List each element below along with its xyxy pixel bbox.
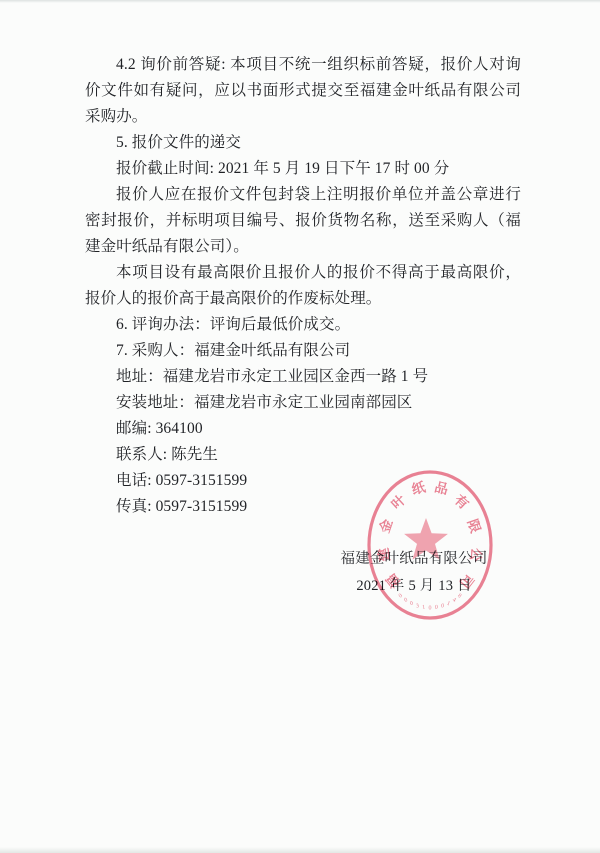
document-paragraph: 6. 评询办法：评询后最低价成交。 xyxy=(85,312,521,338)
scanned-document-page: 4.2 询价前答疑: 本项目不统一组织标前答疑，报价人对询价文件如有疑问，应以书… xyxy=(0,0,600,853)
svg-text:公: 公 xyxy=(467,547,484,563)
svg-text:1: 1 xyxy=(422,605,426,611)
document-paragraph: 5. 报价文件的递交 xyxy=(85,130,521,156)
document-paragraph: 报价人应在报价文件包封袋上注明报价单位并盖公章进行密封报价，并标明项目编号、报价… xyxy=(85,182,521,260)
svg-text:福: 福 xyxy=(382,571,404,593)
document-body: 4.2 询价前答疑: 本项目不统一组织标前答疑，报价人对询价文件如有疑问，应以书… xyxy=(85,52,521,520)
document-paragraph: 报价截止时间: 2021 年 5 月 19 日下午 17 时 00 分 xyxy=(85,156,521,182)
svg-text:叶: 叶 xyxy=(388,492,408,513)
document-paragraph: 4.2 询价前答疑: 本项目不统一组织标前答疑，报价人对询价文件如有疑问，应以书… xyxy=(85,52,521,130)
document-paragraph: 7. 采购人：福建金叶纸品有限公司 xyxy=(85,338,521,364)
svg-text:0: 0 xyxy=(429,605,432,611)
svg-text:品: 品 xyxy=(433,479,450,497)
svg-text:4: 4 xyxy=(451,597,457,604)
svg-text:司: 司 xyxy=(457,571,478,591)
document-paragraph: 地址：福建龙岩市永定工业园区金西一路 1 号 xyxy=(85,364,521,390)
svg-text:0: 0 xyxy=(434,605,438,611)
svg-text:有: 有 xyxy=(451,491,472,512)
document-paragraph: 安装地址：福建龙岩市永定工业园南部园区 xyxy=(85,390,521,416)
scan-edge-top xyxy=(0,0,600,3)
document-paragraph: 本项目设有最高限价且报价人的报价不得高于最高限价，报价人的报价高于最高限价的作废… xyxy=(85,260,521,312)
scan-edge-bottom xyxy=(0,847,600,853)
svg-text:0: 0 xyxy=(440,603,444,610)
svg-text:1: 1 xyxy=(446,601,451,608)
document-paragraph: 邮编: 364100 xyxy=(85,416,521,442)
svg-text:建: 建 xyxy=(375,546,393,562)
svg-text:0: 0 xyxy=(403,597,409,604)
svg-text:纸: 纸 xyxy=(410,478,427,497)
svg-text:限: 限 xyxy=(465,517,484,535)
svg-text:8: 8 xyxy=(456,593,462,600)
company-seal-stamp: 福建金叶纸品有限公司00031000148 xyxy=(345,460,515,630)
svg-text:金: 金 xyxy=(376,516,396,534)
svg-text:3: 3 xyxy=(415,603,419,610)
svg-text:0: 0 xyxy=(409,601,414,608)
